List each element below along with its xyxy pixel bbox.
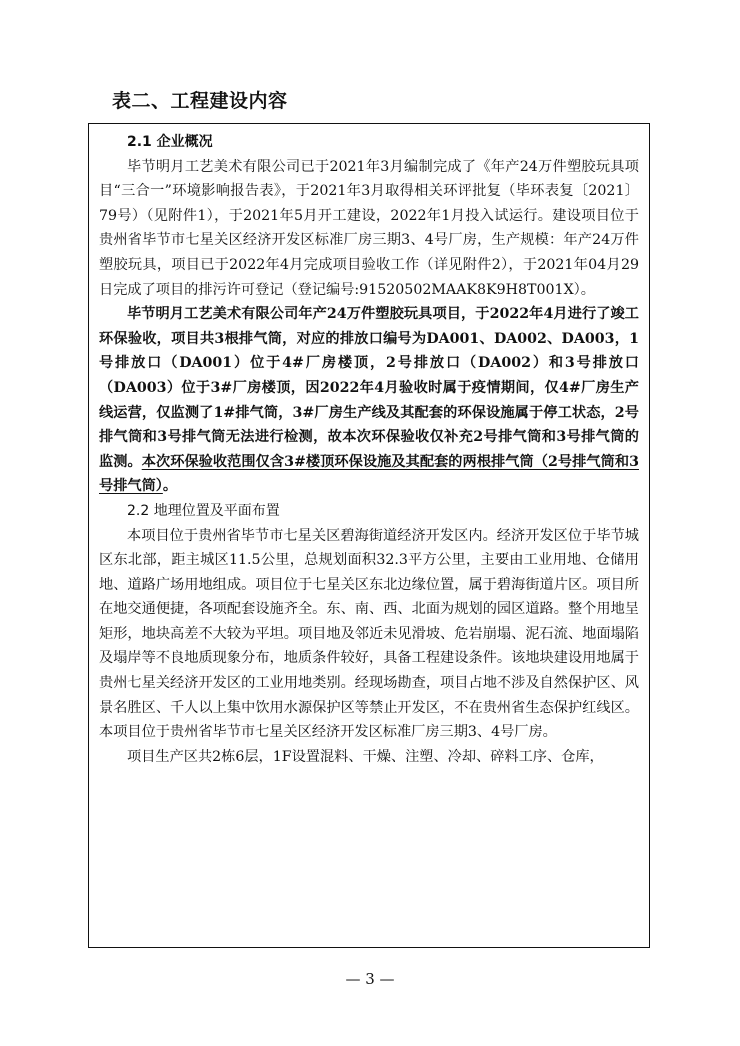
section-title: 表二、工程建设内容 (112, 86, 288, 113)
paragraph-acceptance-scope: 毕节明月工艺美术有限公司年产24万件塑胶玩具项目，于2022年4月进行了竣工环保… (99, 302, 639, 499)
section-heading-2-1: 2.1 企业概况 (99, 130, 639, 155)
content-body: 2.1 企业概况 毕节明月工艺美术有限公司已于2021年3月编制完成了《年产24… (99, 130, 639, 769)
page-number: — 3 — (0, 970, 740, 988)
underlined-scope-text: 本次环保验收范围仅含3#楼顶环保设施及其配套的两根排气筒（2号排气筒和3号排气筒… (99, 454, 639, 495)
section-heading-2-2: 2.2 地理位置及平面布置 (99, 499, 639, 524)
paragraph-company-overview: 毕节明月工艺美术有限公司已于2021年3月编制完成了《年产24万件塑胶玩具项目“… (99, 155, 639, 303)
paragraph-location: 本项目位于贵州省毕节市七星关区碧海街道经济开发区内。经济开发区位于毕节城区东北部… (99, 524, 639, 745)
content-table-box: 2.1 企业概况 毕节明月工艺美术有限公司已于2021年3月编制完成了《年产24… (88, 123, 650, 948)
acceptance-text: 毕节明月工艺美术有限公司年产24万件塑胶玩具项目，于2022年4月进行了竣工环保… (99, 306, 639, 470)
paragraph-production-area: 项目生产区共2栋6层，1F设置混料、干燥、注塑、冷却、碎料工序、仓库， (99, 745, 639, 770)
underlined-tail: 。 (163, 478, 177, 494)
